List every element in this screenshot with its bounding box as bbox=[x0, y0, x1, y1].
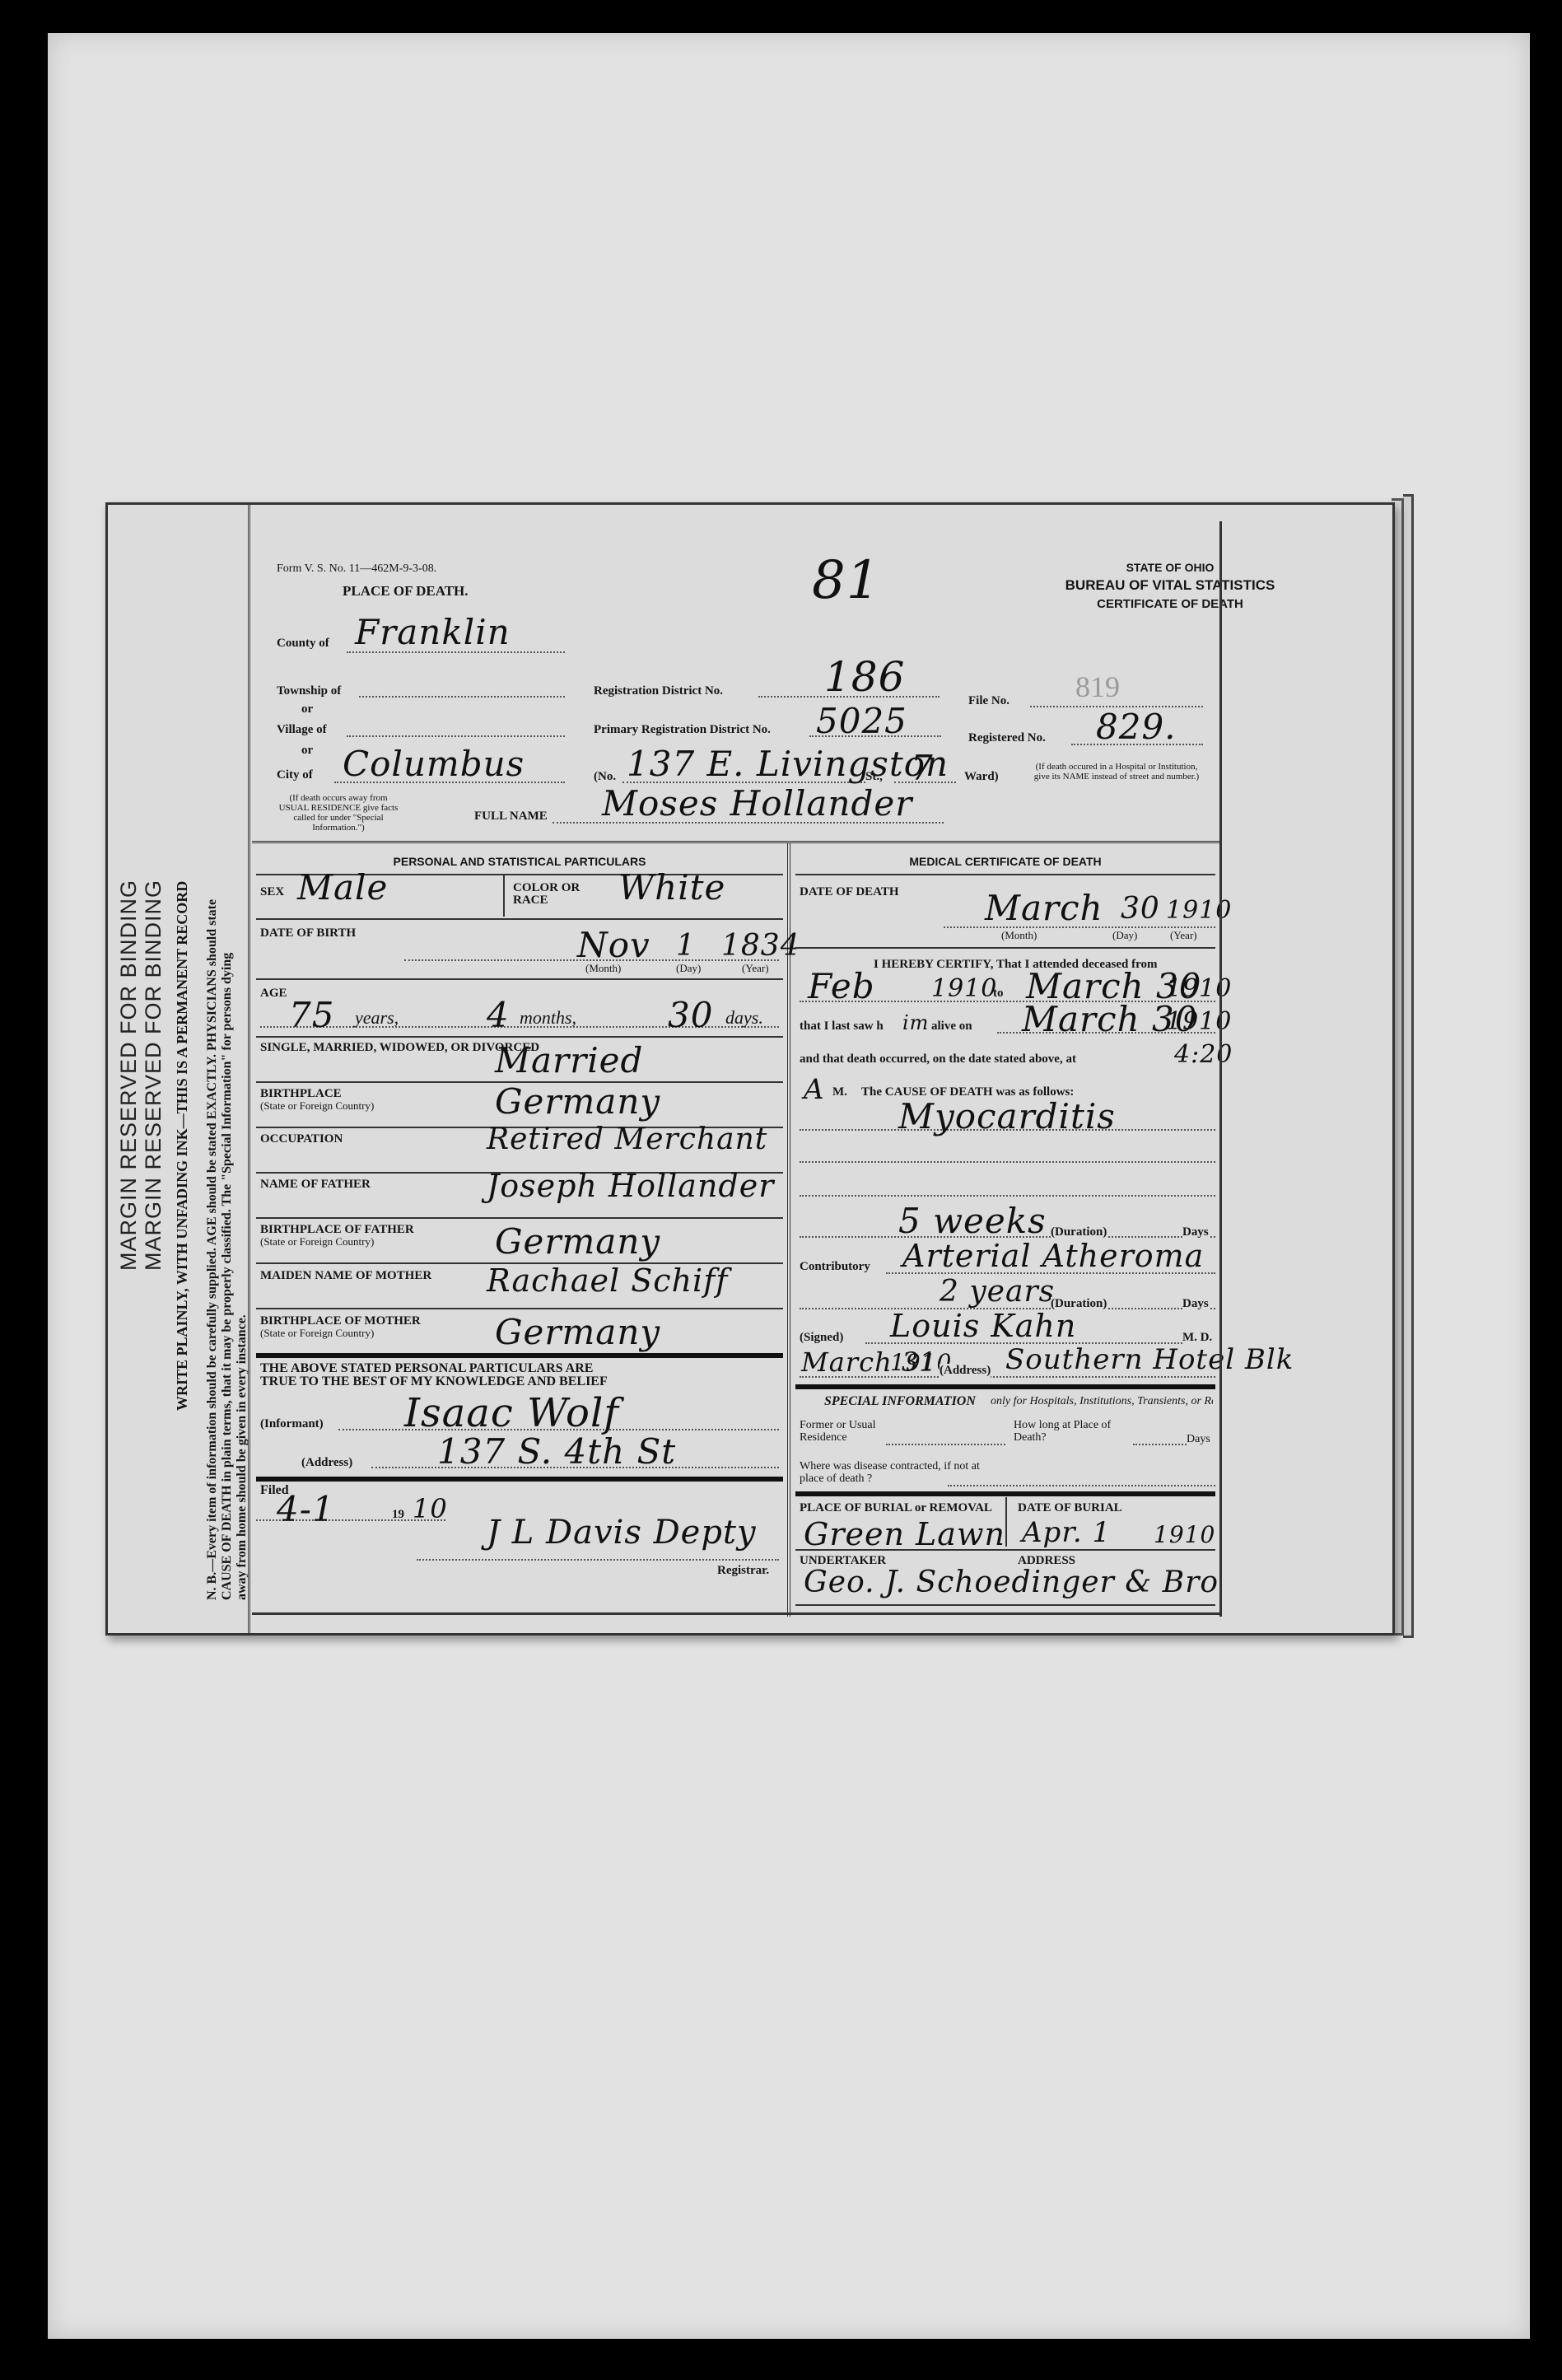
informant-value: Isaac Wolf bbox=[404, 1390, 619, 1436]
file-no-stamp: 819 bbox=[1075, 670, 1120, 704]
binding-margin: MARGIN RESERVED FOR BINDING MARGIN RESER… bbox=[108, 505, 250, 1633]
section-divider bbox=[795, 1384, 1215, 1389]
duration-primary: 5 weeks bbox=[898, 1201, 1047, 1241]
day-caption: (Day) bbox=[676, 962, 701, 975]
mother-value: Rachael Schiff bbox=[487, 1262, 728, 1299]
place-of-death-heading: PLACE OF DEATH. bbox=[343, 583, 469, 600]
country-caption: (State or Foreign Country) bbox=[260, 1099, 374, 1113]
contributory-label: Contributory bbox=[800, 1260, 870, 1274]
street-no-label: (No. bbox=[594, 770, 616, 784]
registered-no-label: Registered No. bbox=[968, 731, 1046, 745]
last-saw-year: 1910 bbox=[1166, 1007, 1232, 1036]
cause-value: Myocarditis bbox=[898, 1096, 1116, 1136]
primary-district-label: Primary Registration District No. bbox=[594, 723, 771, 737]
personal-section-title: PERSONAL AND STATISTICAL PARTICULARS bbox=[256, 855, 783, 868]
margin-reserved-text: MARGIN RESERVED FOR BINDING bbox=[141, 880, 166, 1271]
file-no-label: File No. bbox=[968, 694, 1009, 708]
mother-birthplace-value: Germany bbox=[495, 1312, 660, 1352]
physician-address-label: (Address) bbox=[940, 1364, 991, 1378]
dod-month: March bbox=[985, 888, 1103, 928]
registrar-line bbox=[417, 1559, 779, 1561]
burial-place-label: PLACE OF BURIAL or REMOVAL bbox=[800, 1501, 992, 1515]
marital-value: Married bbox=[495, 1040, 643, 1080]
dob-day: 1 bbox=[676, 929, 696, 963]
meridiem: A bbox=[804, 1073, 825, 1106]
form-number: Form V. S. No. 11—462M-9-3-08. bbox=[277, 562, 436, 576]
row-divider bbox=[256, 978, 783, 980]
dod-label: DATE OF DEATH bbox=[800, 885, 899, 899]
race-value: White bbox=[618, 867, 725, 908]
row-divider bbox=[795, 1549, 1215, 1551]
age-months: 4 bbox=[487, 995, 510, 1035]
section-divider bbox=[252, 841, 1219, 843]
nb-notice-line: N. B.—Every item of information should b… bbox=[205, 899, 220, 1600]
village-label: Village of bbox=[277, 723, 327, 737]
age-label: AGE bbox=[260, 987, 287, 1001]
months-label: months, bbox=[520, 1007, 576, 1029]
dob-year: 1834 bbox=[721, 929, 800, 963]
or-label: or bbox=[301, 744, 313, 758]
month-caption: (Month) bbox=[585, 962, 621, 975]
attest-line: TRUE TO THE BEST OF MY KNOWLEDGE AND BEL… bbox=[260, 1374, 608, 1389]
year-caption: (Year) bbox=[1170, 929, 1197, 942]
county-label: County of bbox=[277, 637, 329, 651]
country-caption: (State or Foreign Country) bbox=[260, 1235, 374, 1248]
margin-reserved-text: MARGIN RESERVED FOR BINDING bbox=[116, 880, 142, 1271]
death-time: 4:20 bbox=[1174, 1040, 1233, 1069]
burial-date-value: Apr. 1 bbox=[1022, 1516, 1111, 1549]
hospital-note: (If death occured in a Hospital or Insti… bbox=[1030, 762, 1203, 782]
page-number: 81 bbox=[812, 550, 880, 611]
filed-date: 4-1 bbox=[277, 1489, 335, 1529]
page-stack-edge bbox=[1403, 494, 1414, 1638]
county-value: Franklin bbox=[355, 612, 511, 652]
city-label: City of bbox=[277, 768, 313, 782]
medical-section-title: MEDICAL CERTIFICATE OF DEATH bbox=[795, 855, 1215, 868]
birthplace-value: Germany bbox=[495, 1081, 660, 1122]
former-residence-label: Former or Usual Residence bbox=[800, 1419, 923, 1444]
occurred-text: and that death occurred, on the date sta… bbox=[800, 1052, 1076, 1066]
how-long-label: How long at Place of Death? bbox=[1014, 1419, 1137, 1444]
days-label: Days bbox=[1187, 1433, 1210, 1446]
street-value: 137 E. Livingston bbox=[627, 744, 949, 784]
registrar-label: Registrar. bbox=[717, 1564, 769, 1578]
section-divider bbox=[795, 1491, 1215, 1496]
undertaker-value: Geo. J. Schoedinger & Bro bbox=[804, 1566, 1219, 1599]
primary-district-value: 5025 bbox=[816, 701, 907, 741]
physician-address: Southern Hotel Blk bbox=[1005, 1343, 1294, 1376]
to-label: to bbox=[993, 987, 1004, 1001]
nb-notice-line: away from home should be given in every … bbox=[235, 1314, 249, 1600]
filed-year-prefix: 19 bbox=[392, 1508, 404, 1522]
cause-line bbox=[800, 1161, 1215, 1163]
father-value: Joseph Hollander bbox=[487, 1168, 774, 1204]
or-label: or bbox=[301, 702, 313, 716]
bureau-heading: BUREAU OF VITAL STATISTICS bbox=[1018, 577, 1322, 594]
special-info-subtitle: only for Hospitals, Institutions, Transi… bbox=[991, 1395, 1213, 1408]
special-info-title: SPECIAL INFORMATION bbox=[824, 1394, 976, 1409]
row-divider bbox=[795, 1604, 1215, 1606]
how-long-line bbox=[1133, 1444, 1187, 1445]
month-caption: (Month) bbox=[1001, 929, 1037, 942]
occupation-label: OCCUPATION bbox=[260, 1132, 343, 1146]
ward-label: Ward) bbox=[964, 770, 999, 784]
contracted-label: Where was disease contracted, if not at … bbox=[800, 1460, 989, 1485]
last-saw-pronoun: im bbox=[902, 1011, 929, 1034]
nb-notice-line: CAUSE OF DEATH in plain terms, that it m… bbox=[220, 953, 235, 1600]
year-caption: (Year) bbox=[742, 962, 769, 975]
cell-divider bbox=[503, 875, 505, 917]
burial-date-label: DATE OF BURIAL bbox=[1018, 1501, 1122, 1515]
registration-district-label: Registration District No. bbox=[594, 684, 723, 698]
father-label: NAME OF FATHER bbox=[260, 1178, 371, 1192]
dod-day: 30 bbox=[1121, 892, 1160, 926]
informant-address-label: (Address) bbox=[301, 1456, 352, 1470]
days-label: days. bbox=[725, 1007, 763, 1029]
row-divider bbox=[256, 1036, 783, 1038]
duration-contributory: 2 years bbox=[940, 1275, 1055, 1309]
form-bottom-border bbox=[252, 1612, 1219, 1615]
township-label: Township of bbox=[277, 684, 341, 698]
mother-label: MAIDEN NAME OF MOTHER bbox=[260, 1269, 431, 1283]
cell-divider bbox=[1005, 1497, 1007, 1547]
physician-signature: Louis Kahn bbox=[890, 1308, 1076, 1344]
row-divider bbox=[795, 874, 1215, 875]
row-divider bbox=[256, 918, 783, 920]
burial-year: 1910 bbox=[1154, 1521, 1215, 1548]
sex-label: SEX bbox=[260, 885, 284, 899]
days-label: Days bbox=[1182, 1297, 1209, 1311]
section-divider bbox=[256, 1353, 783, 1358]
form-right-border bbox=[1219, 521, 1222, 1617]
full-name-label: FULL NAME bbox=[474, 810, 548, 824]
dob-month: Nov bbox=[577, 925, 650, 965]
last-saw-label: that I last saw h bbox=[800, 1020, 884, 1034]
city-value: Columbus bbox=[343, 744, 525, 784]
attended-from: Feb bbox=[808, 966, 875, 1006]
attended-from-year: 1910 bbox=[931, 974, 997, 1003]
write-plainly-notice: WRITE PLAINLY, WITH UNFADING INK—THIS IS… bbox=[174, 881, 191, 1411]
age-years: 75 bbox=[289, 995, 334, 1035]
contracted-line bbox=[948, 1485, 1215, 1486]
age-days: 30 bbox=[668, 995, 713, 1035]
section-divider bbox=[256, 1477, 783, 1482]
burial-place-value: Green Lawn bbox=[804, 1516, 1005, 1552]
day-caption: (Day) bbox=[1112, 929, 1137, 942]
dod-year: 1910 bbox=[1166, 896, 1232, 925]
residence-note: (If death occurs away from USUAL RESIDEN… bbox=[277, 793, 400, 833]
occupation-value: Retired Merchant bbox=[487, 1122, 767, 1156]
death-certificate: MARGIN RESERVED FOR BINDING MARGIN RESER… bbox=[105, 502, 1395, 1636]
m-label: M. bbox=[832, 1085, 847, 1099]
filed-year: 10 bbox=[413, 1493, 448, 1524]
registered-no-value: 829. bbox=[1096, 707, 1177, 747]
row-divider bbox=[795, 947, 1215, 949]
cause-line bbox=[800, 1195, 1215, 1197]
full-name-value: Moses Hollander bbox=[602, 783, 912, 824]
race-label: COLOR OR RACE bbox=[513, 882, 604, 907]
informant-address-value: 137 S. 4th St bbox=[437, 1431, 676, 1472]
informant-label: (Informant) bbox=[260, 1417, 324, 1431]
state-heading: STATE OF OHIO bbox=[1018, 561, 1322, 574]
row-divider bbox=[256, 1217, 783, 1219]
signed-label: (Signed) bbox=[800, 1331, 843, 1345]
years-label: years, bbox=[355, 1007, 399, 1029]
st-label: St., bbox=[865, 770, 883, 784]
contributory-value: Arterial Atheroma bbox=[902, 1238, 1204, 1274]
former-residence-line bbox=[886, 1444, 1005, 1445]
country-caption: (State or Foreign Country) bbox=[260, 1327, 374, 1340]
dob-label: DATE OF BIRTH bbox=[260, 926, 356, 940]
ward-value: 7 bbox=[911, 748, 934, 788]
certificate-heading: CERTIFICATE OF DEATH bbox=[1018, 597, 1322, 611]
sex-value: Male bbox=[297, 867, 388, 908]
township-line bbox=[359, 696, 565, 698]
registrar-signature: J L Davis Depty bbox=[487, 1514, 757, 1552]
village-line bbox=[347, 735, 565, 737]
row-divider bbox=[256, 1308, 783, 1309]
registration-district-value: 186 bbox=[824, 653, 905, 701]
alive-on-label: alive on bbox=[931, 1020, 972, 1034]
father-birthplace-value: Germany bbox=[495, 1221, 660, 1262]
